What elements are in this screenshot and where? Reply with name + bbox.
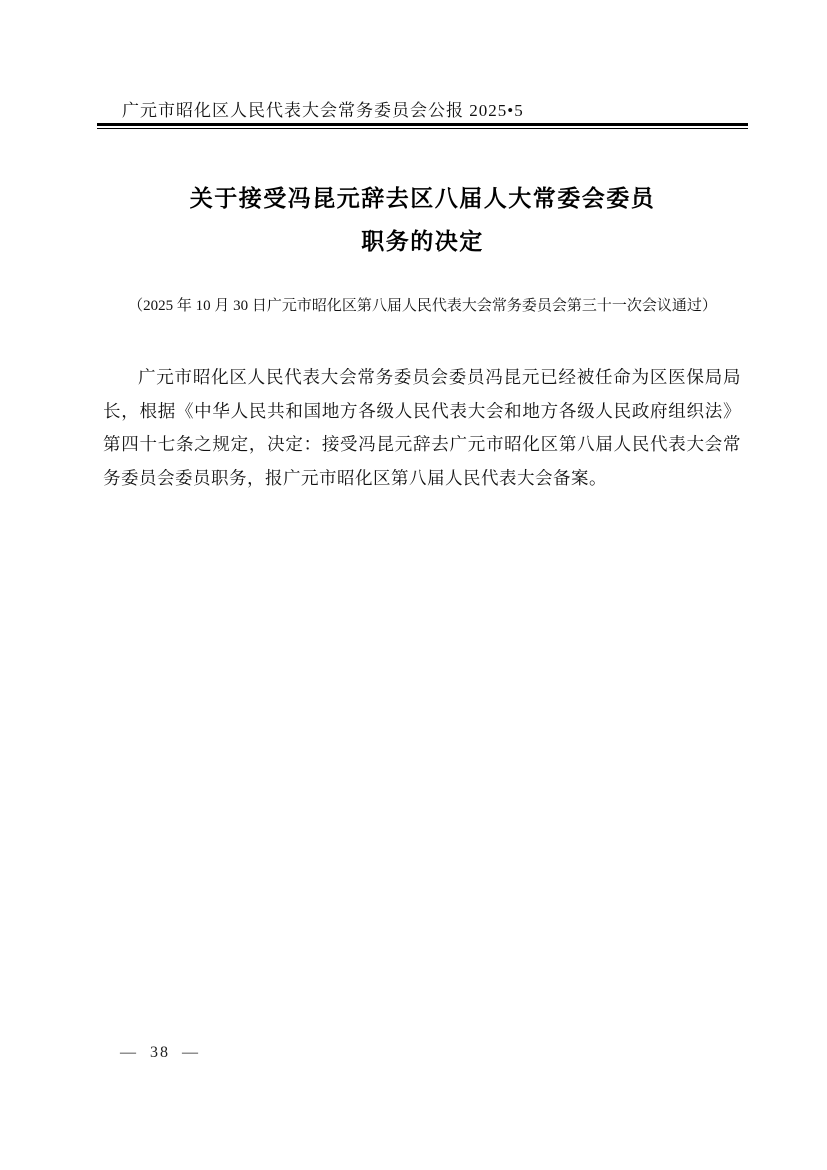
page-number: — 38 — xyxy=(120,1044,200,1062)
decision-body-paragraph: 广元市昭化区人民代表大会常务委员会委员冯昆元已经被任命为区医保局局长，根据《中华… xyxy=(103,361,741,495)
document-title: 关于接受冯昆元辞去区八届人大常委会委员 职务的决定 xyxy=(97,177,748,263)
document-title-line2: 职务的决定 xyxy=(361,229,484,254)
document-page: 广元市昭化区人民代表大会常务委员会公报 2025•5 关于接受冯昆元辞去区八届人… xyxy=(0,0,827,1170)
document-title-line1: 关于接受冯昆元辞去区八届人大常委会委员 xyxy=(190,186,656,211)
adoption-meta-line: （2025 年 10 月 30 日广元市昭化区第八届人民代表大会常务委员会第三十… xyxy=(85,294,760,315)
gazette-masthead: 广元市昭化区人民代表大会常务委员会公报 2025•5 xyxy=(122,96,524,121)
header-double-rule xyxy=(97,123,748,129)
